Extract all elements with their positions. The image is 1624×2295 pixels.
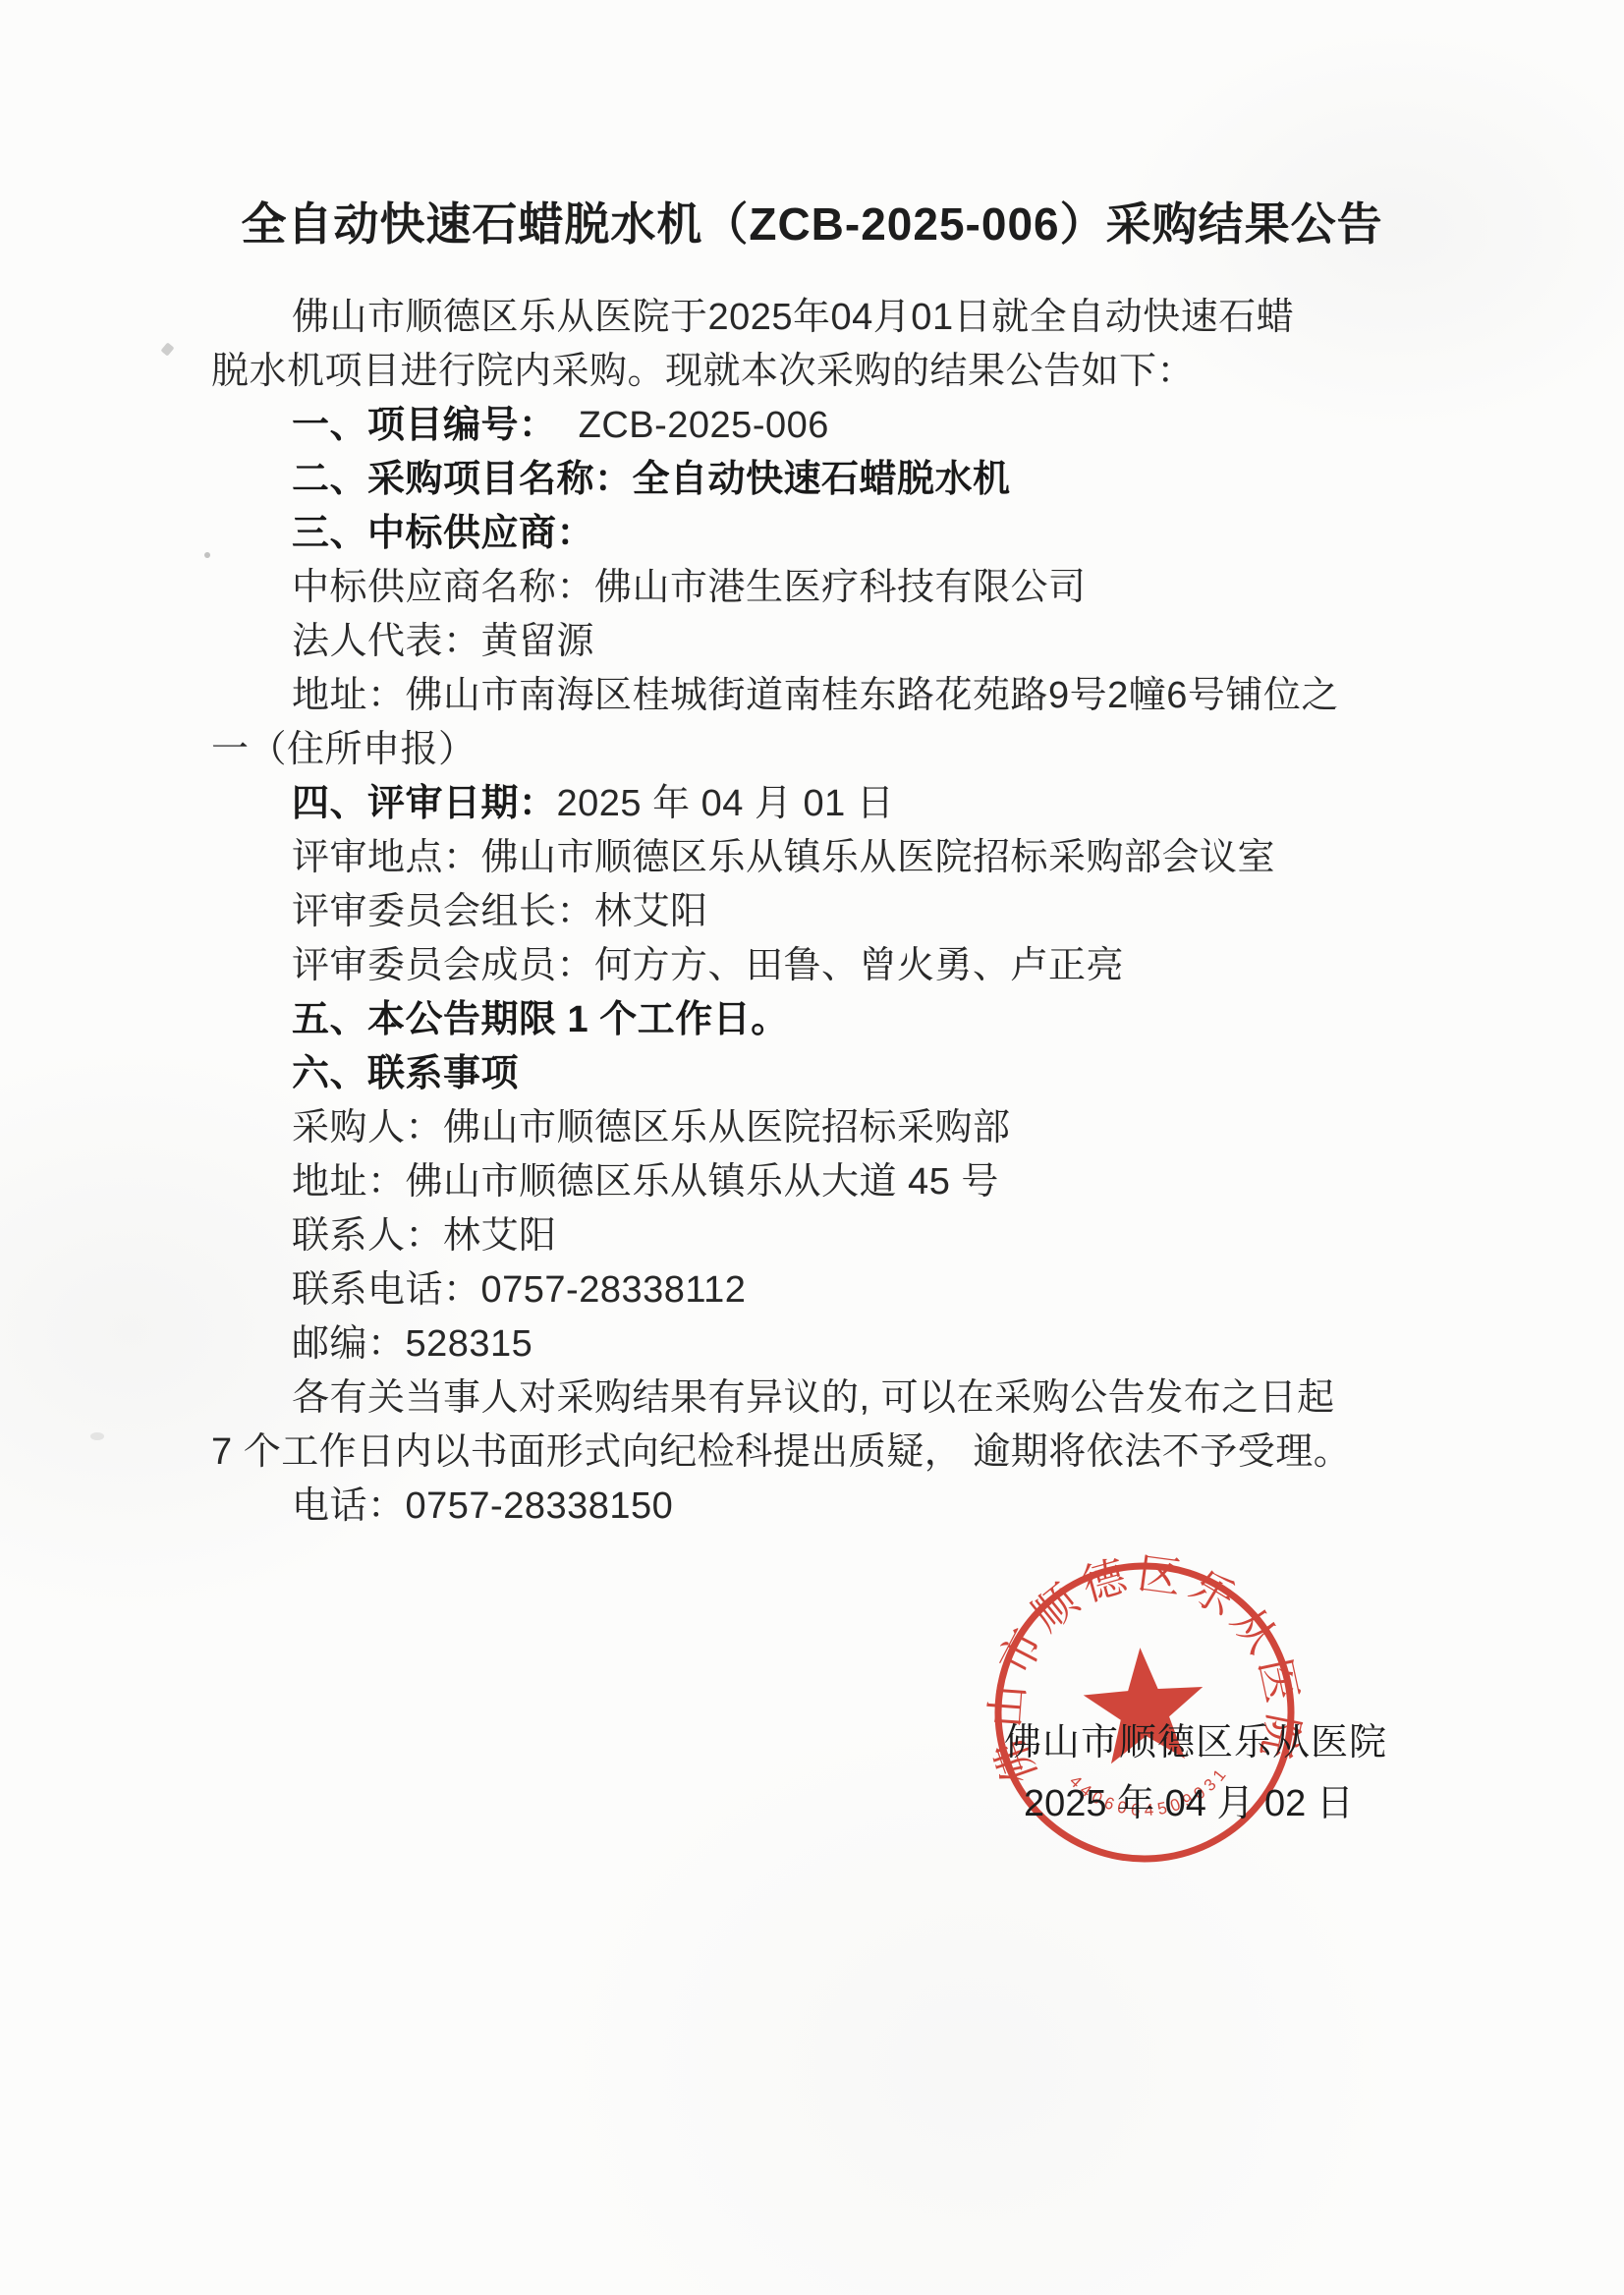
scan-speck-3: [90, 1432, 104, 1440]
postal-code-line: 邮编：528315: [211, 1317, 1469, 1371]
review-date-label: 四、评审日期：: [292, 783, 557, 824]
objection-phone-text: 电话：0757-28338150: [292, 1485, 673, 1527]
intro-line-1: 佛山市顺德区乐从医院于2025年04月01日就全自动快速石蜡: [211, 291, 1469, 345]
committee-leader-text: 评审委员会组长：林艾阳: [292, 891, 708, 932]
committee-members-line: 评审委员会成员：何方方、田鲁、曾火勇、卢正亮: [211, 939, 1469, 993]
project-number-label: 一、项目编号：: [292, 405, 557, 446]
review-location-line: 评审地点：佛山市顺德区乐从镇乐从医院招标采购部会议室: [211, 831, 1469, 885]
supplier-name-line: 中标供应商名称：佛山市港生医疗科技有限公司: [211, 561, 1469, 615]
objection-notice-line-1: 各有关当事人对采购结果有异议的, 可以在采购公告发布之日起: [211, 1371, 1469, 1426]
purchaser-address-line: 地址：佛山市顺德区乐从镇乐从大道 45 号: [211, 1155, 1469, 1209]
intro-line-2: 脱水机项目进行院内采购。现就本次采购的结果公告如下：: [211, 345, 1469, 399]
committee-leader-line: 评审委员会组长：林艾阳: [211, 885, 1469, 939]
legal-representative-line: 法人代表：黄留源: [211, 615, 1469, 669]
intro-line-2-text: 脱水机项目进行院内采购。现就本次采购的结果公告如下：: [211, 351, 1195, 392]
winning-supplier-heading-text: 三、中标供应商：: [292, 513, 594, 554]
winning-supplier-heading: 三、中标供应商：: [211, 507, 1469, 561]
signature-date: 2025 年 04 月 02 日: [1024, 1772, 1354, 1826]
objection-notice-line-2: 7 个工作日内以书面形式向纪检科提出质疑， 逾期将依法不予受理。: [211, 1426, 1469, 1480]
project-name-text: 二、采购项目名称：全自动快速石蜡脱水机: [292, 459, 1011, 500]
supplier-address-text-1: 地址：佛山市南海区桂城街道南桂东路花苑路9号2幢6号铺位之: [292, 675, 1339, 716]
intro-line-1-text: 佛山市顺德区乐从医院于2025年04月01日就全自动快速石蜡: [292, 297, 1294, 338]
contact-section-heading-text: 六、联系事项: [292, 1053, 519, 1094]
purchaser-text: 采购人：佛山市顺德区乐从医院招标采购部: [292, 1107, 1011, 1148]
contact-person-text: 联系人：林艾阳: [292, 1215, 557, 1257]
announcement-period-text: 五、本公告期限 1 个工作日。: [292, 999, 789, 1040]
project-name-line: 二、采购项目名称：全自动快速石蜡脱水机: [211, 453, 1469, 507]
project-number-value: ZCB-2025-006: [557, 405, 829, 446]
review-location-text: 评审地点：佛山市顺德区乐从镇乐从医院招标采购部会议室: [292, 837, 1275, 878]
objection-phone-line: 电话：0757-28338150: [211, 1480, 1469, 1534]
purchaser-address-text: 地址：佛山市顺德区乐从镇乐从大道 45 号: [292, 1161, 999, 1203]
project-number-line: 一、项目编号： ZCB-2025-006: [211, 399, 1469, 453]
objection-notice-text-1: 各有关当事人对采购结果有异议的, 可以在采购公告发布之日起: [292, 1377, 1335, 1419]
contact-phone-line: 联系电话：0757-28338112: [211, 1263, 1469, 1317]
scan-speck-1: [161, 342, 175, 356]
supplier-address-line-2: 一（住所申报）: [211, 723, 1469, 777]
contact-section-heading: 六、联系事项: [211, 1047, 1469, 1101]
scanned-document-page: 全自动快速石蜡脱水机（ZCB-2025-006）采购结果公告 佛山市顺德区乐从医…: [0, 0, 1624, 2295]
signature-organization: 佛山市顺德区乐从医院: [1004, 1711, 1387, 1765]
review-date-value: 2025 年 04 月 01 日: [557, 783, 895, 824]
supplier-address-text-2: 一（住所申报）: [211, 729, 476, 770]
announcement-period-line: 五、本公告期限 1 个工作日。: [211, 993, 1469, 1047]
purchaser-line: 采购人：佛山市顺德区乐从医院招标采购部: [211, 1101, 1469, 1155]
supplier-name-text: 中标供应商名称：佛山市港生医疗科技有限公司: [292, 567, 1087, 608]
committee-members-text: 评审委员会成员：何方方、田鲁、曾火勇、卢正亮: [292, 945, 1124, 986]
document-body: 佛山市顺德区乐从医院于2025年04月01日就全自动快速石蜡 脱水机项目进行院内…: [211, 291, 1469, 1534]
objection-notice-text-2: 7 个工作日内以书面形式向纪检科提出质疑， 逾期将依法不予受理。: [211, 1431, 1351, 1473]
contact-phone-text: 联系电话：0757-28338112: [292, 1269, 746, 1311]
scan-speck-2: [204, 552, 210, 558]
document-title: 全自动快速石蜡脱水机（ZCB-2025-006）采购结果公告: [0, 189, 1624, 253]
postal-code-text: 邮编：528315: [292, 1323, 532, 1365]
review-date-line: 四、评审日期：2025 年 04 月 01 日: [211, 777, 1469, 831]
supplier-address-line-1: 地址：佛山市南海区桂城街道南桂东路花苑路9号2幢6号铺位之: [211, 669, 1469, 723]
legal-representative-text: 法人代表：黄留源: [292, 621, 594, 662]
contact-person-line: 联系人：林艾阳: [211, 1209, 1469, 1263]
